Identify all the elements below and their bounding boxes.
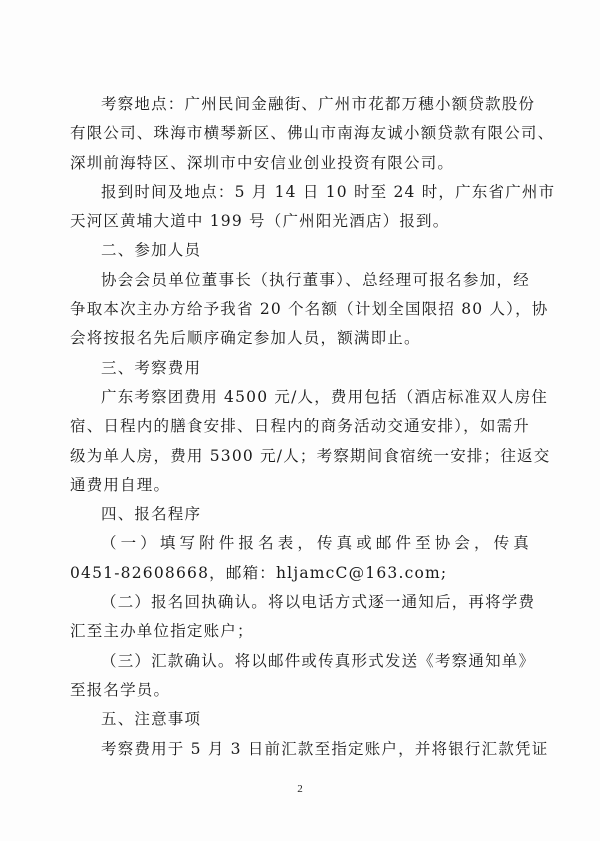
paragraph-line: 宿、日程内的膳食安排、日程内的商务活动交通安排），如需升 bbox=[70, 412, 530, 441]
page-number: 2 bbox=[0, 783, 600, 795]
paragraph-line: （二）报名回执确认。将以电话方式逐一通知后，再将学费 bbox=[70, 588, 530, 617]
document-page: 考察地点：广州民间金融街、广州市花都万穗小额贷款股份 有限公司、珠海市横琴新区、… bbox=[0, 0, 600, 841]
paragraph-line: 至报名学员。 bbox=[70, 676, 530, 705]
paragraph-line: 广东考察团费用 4500 元/人，费用包括（酒店标准双人房住 bbox=[70, 383, 530, 412]
paragraph-line: 有限公司、珠海市横琴新区、佛山市南海友诚小额贷款有限公司、 bbox=[70, 119, 530, 148]
paragraph-line: 级为单人房，费用 5300 元/人；考察期间食宿统一安排；往返交 bbox=[70, 442, 530, 471]
paragraph-line: 汇至主办单位指定账户； bbox=[70, 617, 530, 646]
paragraph-line: 会将按报名先后顺序确定参加人员，额满即止。 bbox=[70, 324, 530, 353]
paragraph-line: 天河区黄埔大道中 199 号（广州阳光酒店）报到。 bbox=[70, 207, 530, 236]
document-body: 考察地点：广州民间金融街、广州市花都万穗小额贷款股份 有限公司、珠海市横琴新区、… bbox=[70, 90, 530, 764]
paragraph-line: 报到时间及地点：5 月 14 日 10 时至 24 时，广东省广州市 bbox=[70, 178, 530, 207]
paragraph-line: 争取本次主办方给予我省 20 个名额（计划全国限招 80 人），协 bbox=[70, 295, 530, 324]
paragraph-line: （一）填写附件报名表，传真或邮件至协会，传真 bbox=[70, 529, 530, 558]
paragraph-line: 深圳前海特区、深圳市中安信业创业投资有限公司。 bbox=[70, 149, 530, 178]
section-heading-notes: 五、注意事项 bbox=[70, 705, 530, 734]
contact-line: 0451-82608668，邮箱：hljamcC@163.com; bbox=[70, 559, 530, 588]
paragraph-line: 通费用自理。 bbox=[70, 471, 530, 500]
paragraph-line: （三）汇款确认。将以邮件或传真形式发送《考察通知单》 bbox=[70, 647, 530, 676]
section-heading-registration: 四、报名程序 bbox=[70, 500, 530, 529]
paragraph-line: 考察地点：广州民间金融街、广州市花都万穗小额贷款股份 bbox=[70, 90, 530, 119]
paragraph-line: 协会会员单位董事长（执行董事）、总经理可报名参加，经 bbox=[70, 266, 530, 295]
paragraph-line: 考察费用于 5 月 3 日前汇款至指定账户，并将银行汇款凭证 bbox=[70, 735, 530, 764]
section-heading-participants: 二、参加人员 bbox=[70, 236, 530, 265]
section-heading-fees: 三、考察费用 bbox=[70, 354, 530, 383]
